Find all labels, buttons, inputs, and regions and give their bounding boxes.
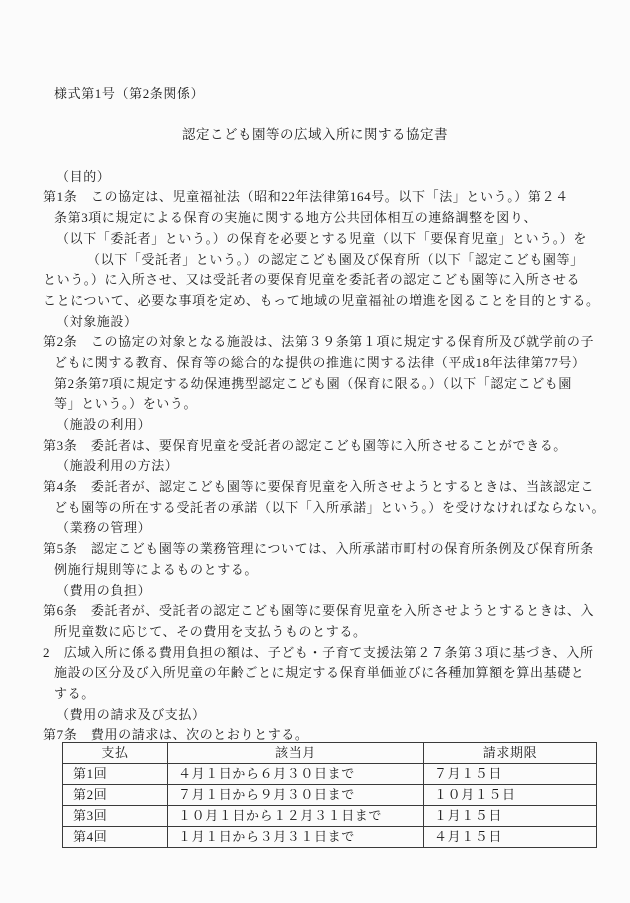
table-cell: １月１５日 [424, 806, 597, 827]
article-line: 例施行規則等によるものとする。 [0, 560, 630, 581]
table-header-cell: 請求期限 [424, 743, 597, 764]
document-page: 様式第1号（第2条関係） 認定こども園等の広域入所に関する協定書 （目的）第1条… [0, 0, 630, 903]
article-line: 第1条 この協定は、児童福祉法（昭和22年法律第164号。以下「法」という。）第… [0, 187, 630, 208]
payment-schedule-table: 支払該当月請求期限 第1回４月１日から６月３０日まで７月１５日第2回７月１日から… [62, 742, 597, 848]
table-cell: 第4回 [63, 827, 168, 848]
table-cell: 第3回 [63, 806, 168, 827]
table-header-cell: 該当月 [168, 743, 424, 764]
table-cell: １０月１日から１２月３１日まで [168, 806, 424, 827]
section-heading: （業務の管理） [0, 518, 630, 539]
section-heading: （目的） [0, 167, 630, 188]
table-row: 第3回１０月１日から１２月３１日まで１月１５日 [63, 806, 597, 827]
blank-line [0, 146, 630, 167]
section-heading: （対象施設） [0, 312, 630, 333]
article-line: 2 広域入所に係る費用負担の額は、子ども・子育て支援法第２７条第３項に基づき、入… [0, 643, 630, 664]
section-heading: （費用の負担） [0, 581, 630, 602]
article-line: どもに関する教育、保育等の総合的な提供の推進に関する法律（平成18年法律第77号… [0, 353, 630, 374]
article-line: 等」という。）をいう。 [0, 394, 630, 415]
table-row: 第4回１月１日から３月３１日まで４月１５日 [63, 827, 597, 848]
section-heading: （施設の利用） [0, 415, 630, 436]
article-line: 第3条 委託者は、要保育児童を受託者の認定こども園等に入所させることができる。 [0, 436, 630, 457]
article-line: 第2条第7項に規定する幼保連携型認定こども園（保育に限る。）（以下「認定こども園 [0, 374, 630, 395]
table-cell: ７月１日から９月３０日まで [168, 785, 424, 806]
article-line: 所児童数に応じて、その費用を支払うものとする。 [0, 622, 630, 643]
document-body: 様式第1号（第2条関係） 認定こども園等の広域入所に関する協定書 （目的）第1条… [0, 84, 630, 746]
section-heading: （施設利用の方法） [0, 456, 630, 477]
article-line: ども園等の所在する受託者の承諾（以下「入所承諾」という。）を受けなければならない… [0, 498, 630, 519]
table-cell: ４月１日から６月３０日まで [168, 764, 424, 785]
article-line: 第6条 委託者が、受託者の認定こども園等に要保育児童を入所させようとするときは、… [0, 601, 630, 622]
blank-line [0, 105, 630, 126]
table-cell: 第1回 [63, 764, 168, 785]
section-heading: （以下「委託者」という。）の保育を必要とする児童（以下「要保育児童」という。）を [0, 229, 630, 250]
table-cell: １０月１５日 [424, 785, 597, 806]
article-line: という。）に入所させ、又は受託者の要保育児童を委託者の認定こども園等に入所させる [0, 270, 630, 291]
document-title: 認定こども園等の広域入所に関する協定書 [0, 125, 630, 146]
table-row: 第1回４月１日から６月３０日まで７月１５日 [63, 764, 597, 785]
table-row: 第2回７月１日から９月３０日まで１０月１５日 [63, 785, 597, 806]
article-line: 第5条 認定こども園等の業務管理については、入所承諾市町村の保育所条例及び保育所… [0, 539, 630, 560]
table-cell: ４月１５日 [424, 827, 597, 848]
article-line: 施設の区分及び入所児童の年齢ごとに規定する保育単価並びに各種加算額を算出基礎と [0, 663, 630, 684]
article-line: 第2条 この協定の対象となる施設は、法第３９条第１項に規定する保育所及び就学前の… [0, 332, 630, 353]
article-line: 第4条 委託者が、認定こども園等に要保育児童を入所させようとするときは、当該認定… [0, 477, 630, 498]
form-number: 様式第1号（第2条関係） [0, 84, 630, 105]
table-cell: 第2回 [63, 785, 168, 806]
table-header-cell: 支払 [63, 743, 168, 764]
article-line: する。 [0, 684, 630, 705]
article-line: （以下「受託者」という。）の認定こども園及び保育所（以下「認定こども園等」 [0, 250, 630, 271]
article-line: ことについて、必要な事項を定め、もって地域の児童福祉の増進を図ることを目的とする… [0, 291, 630, 312]
table-cell: １月１日から３月３１日まで [168, 827, 424, 848]
table-header-row: 支払該当月請求期限 [63, 743, 597, 764]
section-heading: （費用の請求及び支払） [0, 705, 630, 726]
article-line: 条第3項に規定による保育の実施に関する地方公共団体相互の連絡調整を図り、 [0, 208, 630, 229]
table-cell: ７月１５日 [424, 764, 597, 785]
